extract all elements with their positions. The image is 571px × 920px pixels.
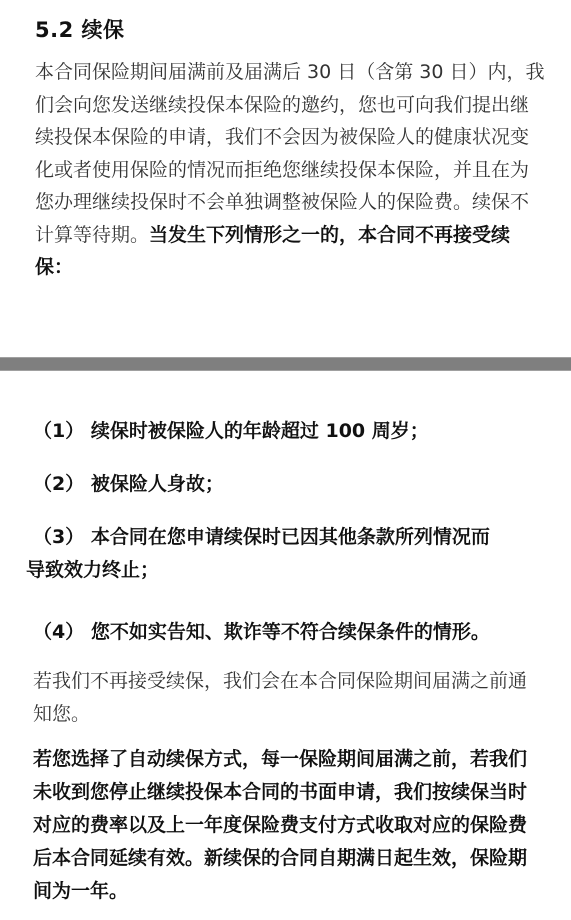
condition-marker: （4） bbox=[33, 621, 84, 643]
screenshot-divider bbox=[0, 357, 571, 371]
condition-text-continuation: 导致效力终止； bbox=[26, 554, 548, 587]
condition-marker: （1） bbox=[33, 420, 84, 442]
auto-renewal-paragraph: 若您选择了自动续保方式，每一保险期间届满之前，若我们未收到您停止继续投保本合同的… bbox=[33, 743, 545, 908]
condition-marker: （2） bbox=[33, 473, 84, 495]
top-screenshot-pane: 5.2 续保 本合同保险期间届满前及届满后 30 日（含第 30 日）内，我们会… bbox=[0, 0, 571, 357]
condition-text: 本合同在您申请续保时已因其他条款所列情况而 bbox=[91, 526, 490, 548]
section-heading: 5.2 续保 bbox=[35, 14, 125, 44]
condition-item-2: （2） 被保险人身故； bbox=[33, 468, 548, 501]
condition-item-1: （1） 续保时被保险人的年龄超过 100 周岁； bbox=[33, 415, 548, 448]
condition-text: 续保时被保险人的年龄超过 100 周岁； bbox=[91, 420, 429, 442]
non-renewal-notice: 若我们不再接受续保，我们会在本合同保险期间届满之前通知您。 bbox=[33, 665, 545, 731]
condition-marker: （3） bbox=[33, 526, 84, 548]
condition-text: 被保险人身故； bbox=[91, 473, 224, 495]
intro-normal-text: 本合同保险期间届满前及届满后 30 日（含第 30 日）内，我们会向您发送继续投… bbox=[35, 61, 545, 246]
intro-paragraph: 本合同保险期间届满前及届满后 30 日（含第 30 日）内，我们会向您发送继续投… bbox=[35, 56, 545, 284]
condition-item-3: （3） 本合同在您申请续保时已因其他条款所列情况而 导致效力终止； bbox=[33, 521, 548, 587]
condition-text: 您不如实告知、欺诈等不符合续保条件的情形。 bbox=[91, 621, 490, 643]
bottom-screenshot-pane: （1） 续保时被保险人的年龄超过 100 周岁； （2） 被保险人身故； （3）… bbox=[0, 371, 571, 920]
condition-item-4: （4） 您不如实告知、欺诈等不符合续保条件的情形。 bbox=[33, 616, 548, 649]
